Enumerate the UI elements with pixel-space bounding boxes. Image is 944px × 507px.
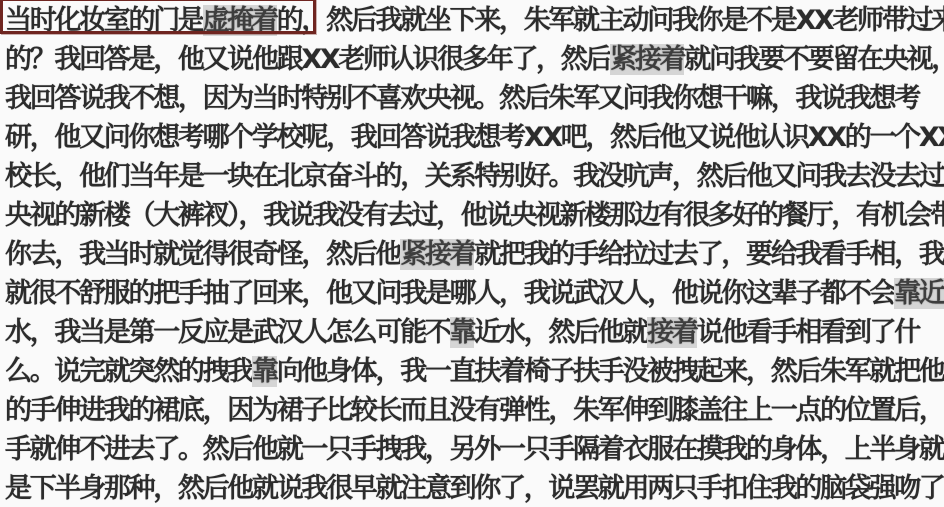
patched-text-segment: 靠 bbox=[450, 317, 475, 348]
text-segment: 的？我回答是，他又说他跟XX老师认识很多年了，然后 bbox=[5, 44, 610, 75]
patched-text-segment: 靠 bbox=[252, 356, 277, 387]
patched-text-segment: 虚掩着 bbox=[203, 5, 277, 36]
patched-text-segment: 紧接着 bbox=[400, 239, 474, 270]
text-line: 研，他又问你想考哪个学校呢，我回答说我想考XX吧，然后他又说他认识XX的一个XX… bbox=[5, 118, 944, 157]
text-segment: 央视的新楼（大裤衩），我说我没有去过，他说央视新楼那边有很多好的餐厅，有机会带 bbox=[5, 200, 944, 231]
text-segment: 的，然后我就坐下来，朱军就主动问我你是不是XX老师带过来 bbox=[277, 5, 944, 36]
text-segment: 近水，然后他就 bbox=[474, 317, 647, 348]
text-segment: 是下半身那种，然后他就说我很早就注意到你了，说罢就用两只手扣住我的脑袋强吻了 bbox=[5, 473, 944, 504]
text-segment: 么。说完就突然的拽我 bbox=[5, 356, 252, 387]
text-segment: 我回答说我不想，因为当时特别不喜欢央视。然后朱军又问我你想干嘛，我说我想考 bbox=[5, 83, 919, 114]
text-segment: 向他身体，我一直扶着椅子扶手没被拽起来，然后朱军就把他 bbox=[277, 356, 944, 387]
text-line: 当时化妆室的门是虚掩着的，然后我就坐下来，朱军就主动问我你是不是XX老师带过来 bbox=[5, 1, 944, 40]
text-segment: 校长，他们当年是一块在北京奋斗的，关系特别好。我没吭声，然后他又问我去没去过 bbox=[5, 161, 944, 192]
text-segment: 手就伸不进去了。然后他就一只手拽我，另外一只手隔着衣服在摸我的身体，上半身就 bbox=[5, 434, 944, 465]
text-segment: 研，他又问你想考哪个学校呢，我回答说我想考XX吧，然后他又说他认识XX的一个XX… bbox=[5, 122, 944, 153]
text-segment: 的手伸进我的裙底，因为裙子比较长而且没有弹性，朱军伸到膝盖往上一点的位置后， bbox=[5, 395, 944, 426]
text-line: 水，我当是第一反应是武汉人怎么可能不靠近水，然后他就接着说他看手相看到了什 bbox=[5, 313, 944, 352]
text-segment: 说他看手相看到了什 bbox=[697, 317, 919, 348]
text-line: 手就伸不进去了。然后他就一只手拽我，另外一只手隔着衣服在摸我的身体，上半身就 bbox=[5, 430, 944, 469]
document-page: 当时化妆室的门是虚掩着的，然后我就坐下来，朱军就主动问我你是不是XX老师带过来的… bbox=[0, 0, 944, 507]
text-line: 的？我回答是，他又说他跟XX老师认识很多年了，然后紧接着就问我要不要留在央视， bbox=[5, 40, 944, 79]
text-block: 当时化妆室的门是虚掩着的，然后我就坐下来，朱军就主动问我你是不是XX老师带过来的… bbox=[5, 1, 944, 507]
text-segment: 水，我当是第一反应是武汉人怎么可能不 bbox=[5, 317, 450, 348]
patched-text-segment: 接着 bbox=[647, 317, 696, 348]
text-segment: 你去，我当时就觉得很奇怪，然后他 bbox=[5, 239, 400, 270]
patched-text-segment: 紧接着 bbox=[610, 44, 684, 75]
text-segment: 就很不舒服的把手抽了回来，他又问我是哪人，我说武汉人，他说你这辈子都不会 bbox=[5, 278, 894, 309]
text-line: 就很不舒服的把手抽了回来，他又问我是哪人，我说武汉人，他说你这辈子都不会靠近 bbox=[5, 274, 944, 313]
text-line: 你去，我当时就觉得很奇怪，然后他紧接着就把我的手给拉过去了，要给我看手相，我 bbox=[5, 235, 944, 274]
patched-text-segment: 靠近 bbox=[894, 278, 943, 309]
text-line: 么。说完就突然的拽我靠向他身体，我一直扶着椅子扶手没被拽起来，然后朱军就把他 bbox=[5, 352, 944, 391]
text-segment: 就问我要不要留在央视， bbox=[684, 44, 944, 75]
text-line: 央视的新楼（大裤衩），我说我没有去过，他说央视新楼那边有很多好的餐厅，有机会带 bbox=[5, 196, 944, 235]
text-line: 是下半身那种，然后他就说我很早就注意到你了，说罢就用两只手扣住我的脑袋强吻了 bbox=[5, 469, 944, 507]
text-segment: 就把我的手给拉过去了，要给我看手相，我 bbox=[474, 239, 943, 270]
text-line: 我回答说我不想，因为当时特别不喜欢央视。然后朱军又问我你想干嘛，我说我想考 bbox=[5, 79, 944, 118]
text-segment: 当时化妆室的门是 bbox=[5, 5, 203, 36]
text-line: 的手伸进我的裙底，因为裙子比较长而且没有弹性，朱军伸到膝盖往上一点的位置后， bbox=[5, 391, 944, 430]
text-line: 校长，他们当年是一块在北京奋斗的，关系特别好。我没吭声，然后他又问我去没去过 bbox=[5, 157, 944, 196]
